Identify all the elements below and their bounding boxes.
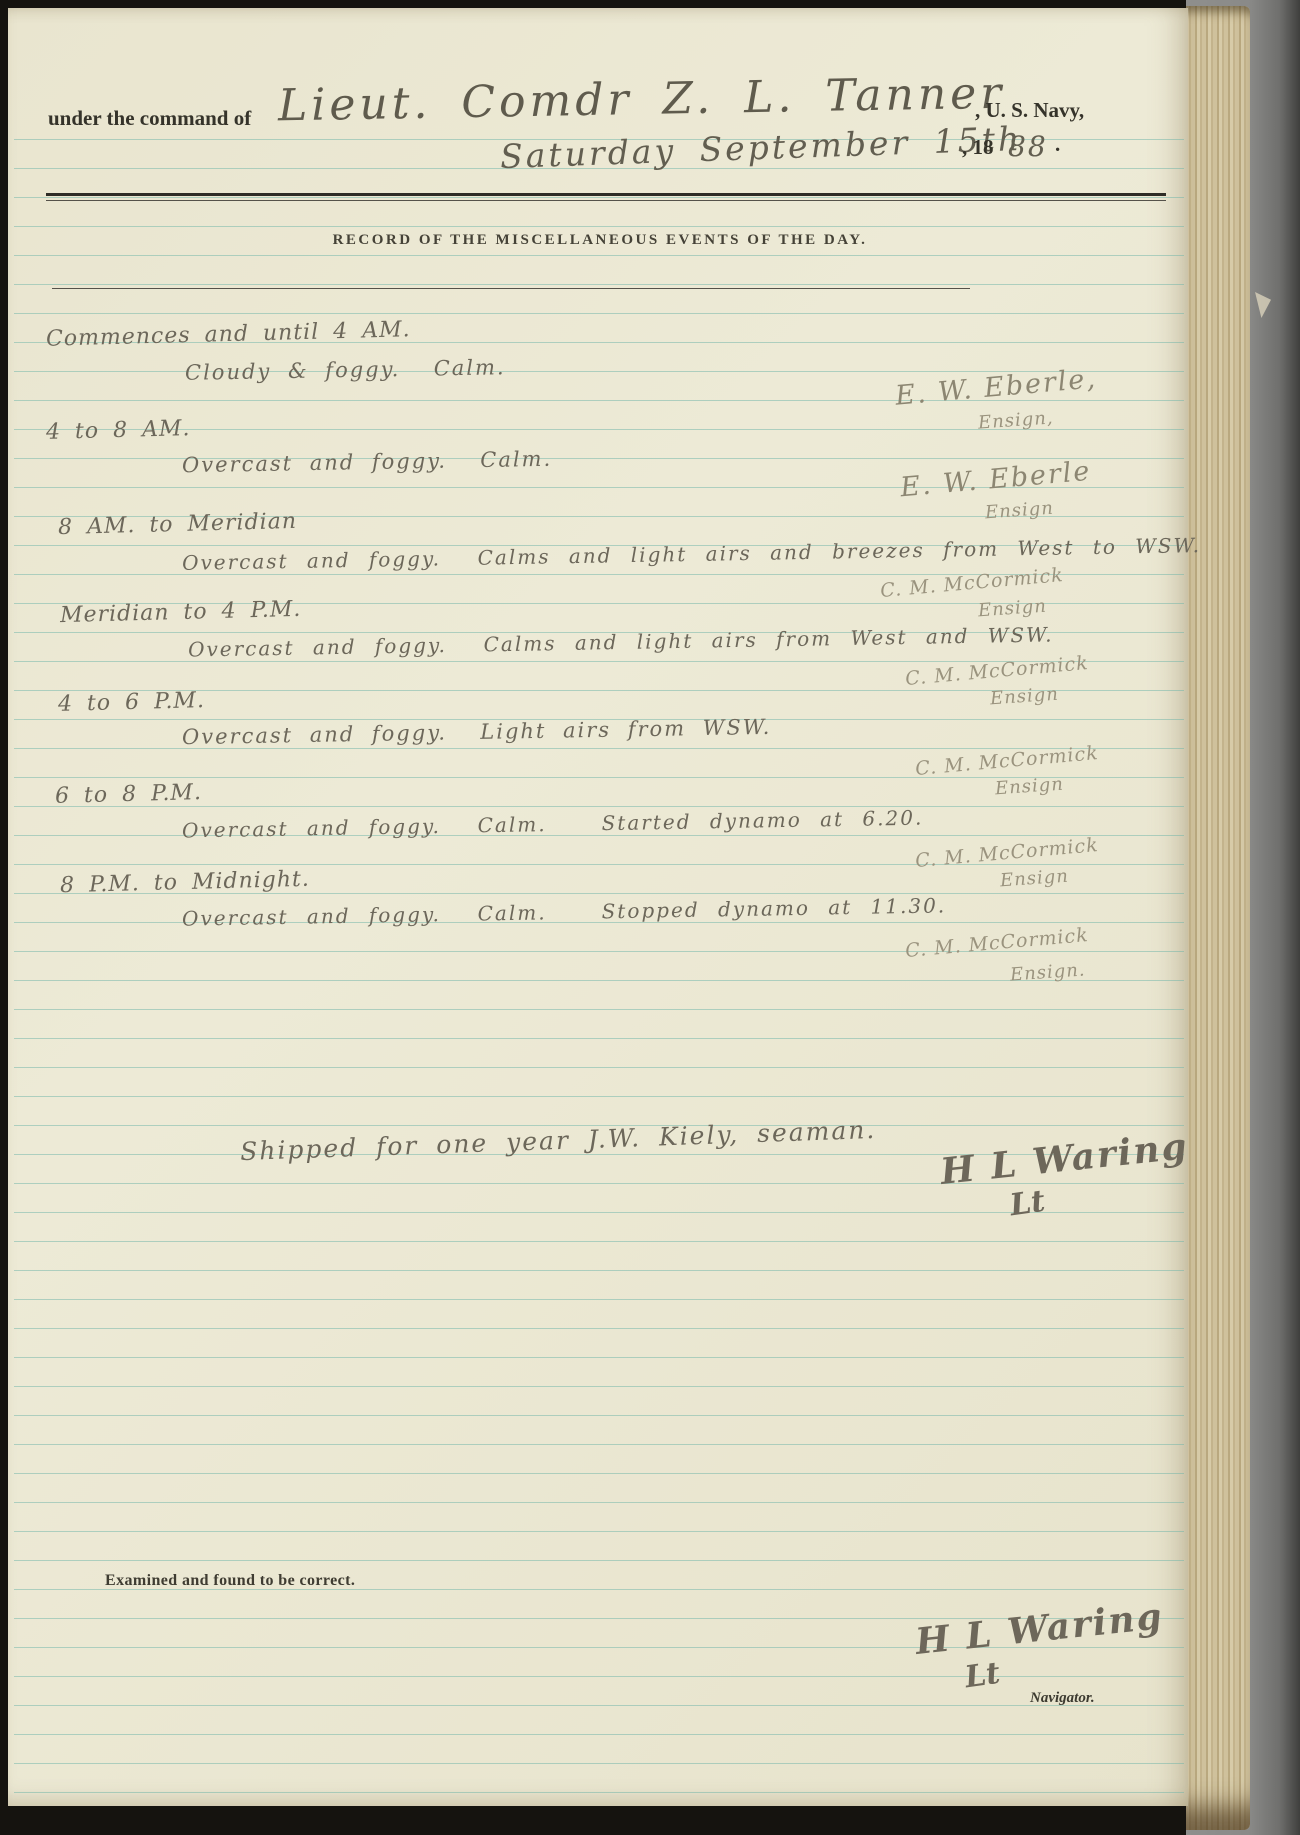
printed-period: . — [1055, 132, 1060, 157]
section-title: RECORD OF THE MISCELLANEOUS EVENTS OF TH… — [100, 232, 1100, 249]
lieutenant-rank: Lt — [1008, 1184, 1047, 1224]
watch-time-label: 4 to 6 P.M. — [58, 688, 206, 717]
header-rule-thick — [46, 193, 1166, 196]
printed-navigator-label: Navigator. — [1030, 1690, 1095, 1707]
watch-time-label: 6 to 8 P.M. — [55, 780, 203, 809]
book-fore-edge — [1186, 6, 1250, 1830]
header-rule-thin — [46, 200, 1166, 201]
logbook-scan: under the command of Lieut. Comdr Z. L. … — [0, 0, 1300, 1835]
printed-year-prefix: , 18 — [962, 135, 994, 160]
watch-time-label: 4 to 8 AM. — [46, 416, 191, 445]
section-underline — [52, 288, 970, 289]
handwritten-year: 88 — [1008, 130, 1048, 163]
navigator-signature-rank: Lt — [963, 1656, 1002, 1696]
printed-command-prefix: under the command of — [48, 106, 251, 131]
examined-statement: Examined and found to be correct. — [105, 1572, 355, 1590]
